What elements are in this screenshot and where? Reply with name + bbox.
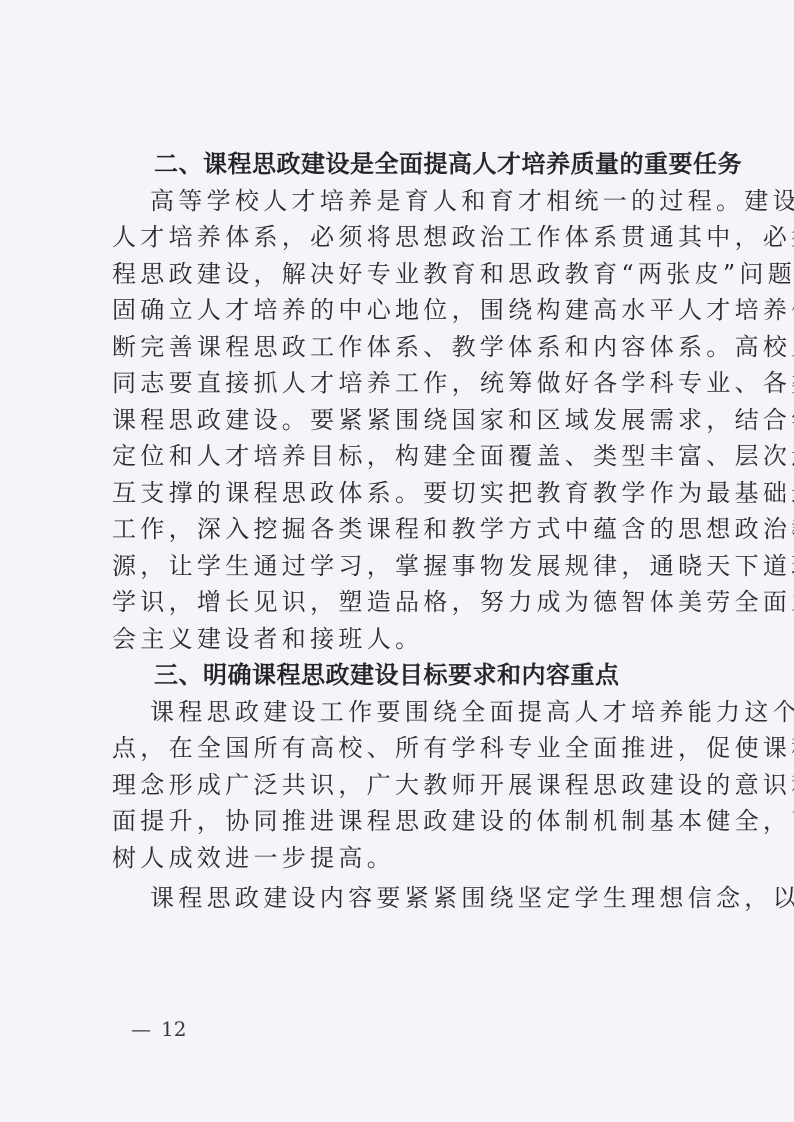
text-line: 会主义建设者和接班人。: [112, 621, 698, 658]
text-line: 人才培养体系，必须将思想政治工作体系贯通其中，必须抓好课: [112, 219, 698, 256]
text-line: 课程思政建设内容要紧紧围绕坚定学生理想信念，以爱党、: [112, 880, 698, 917]
text-line: 树人成效进一步提高。: [112, 840, 698, 877]
text-line: 面提升，协同推进课程思政建设的体制机制基本健全，高校立德: [112, 803, 698, 840]
text-line: 点，在全国所有高校、所有学科专业全面推进，促使课程思政的: [112, 730, 698, 767]
page-dash: —: [131, 1017, 151, 1041]
text-line: 断完善课程思政工作体系、教学体系和内容体系。高校主要负责: [112, 329, 698, 366]
document-page: 二、课程思政建设是全面提高人才培养质量的重要任务 高等学校人才培养是育人和育才相…: [112, 146, 698, 917]
text-line: 程思政建设，解决好专业教育和思政教育“两张皮”问题。要牢: [112, 256, 698, 293]
section-heading-2: 二、课程思政建设是全面提高人才培养质量的重要任务: [112, 146, 698, 183]
page-footer: —12: [131, 1017, 186, 1041]
text-line: 理念形成广泛共识，广大教师开展课程思政建设的意识和能力全: [112, 767, 698, 804]
page-number: 12: [161, 1017, 186, 1041]
section-heading-3: 三、明确课程思政建设目标要求和内容重点: [112, 657, 698, 694]
text-line: 源，让学生通过学习，掌握事物发展规律，通晓天下道理，丰富: [112, 548, 698, 585]
text-line: 同志要直接抓人才培养工作，统筹做好各学科专业、各类课程的: [112, 365, 698, 402]
text-line: 学识，增长见识，塑造品格，努力成为德智体美劳全面发展的社: [112, 584, 698, 621]
text-line: 互支撑的课程思政体系。要切实把教育教学作为最基础最根本的: [112, 475, 698, 512]
text-line: 定位和人才培养目标，构建全面覆盖、类型丰富、层次递进、相: [112, 438, 698, 475]
text-line: 课程思政建设工作要围绕全面提高人才培养能力这个核心: [112, 694, 698, 731]
paragraph: 课程思政建设工作要围绕全面提高人才培养能力这个核心 点，在全国所有高校、所有学科…: [112, 694, 698, 877]
paragraph: 高等学校人才培养是育人和育才相统一的过程。建设高水平 人才培养体系，必须将思想政…: [112, 183, 698, 658]
text-line: 课程思政建设。要紧紧围绕国家和区域发展需求，结合学校发展: [112, 402, 698, 439]
text-line: 高等学校人才培养是育人和育才相统一的过程。建设高水平: [112, 183, 698, 220]
text-line: 固确立人才培养的中心地位，围绕构建高水平人才培养体系，不: [112, 292, 698, 329]
text-line: 工作，深入挖掘各类课程和教学方式中蕴含的思想政治教育资: [112, 511, 698, 548]
paragraph: 课程思政建设内容要紧紧围绕坚定学生理想信念，以爱党、: [112, 880, 698, 917]
